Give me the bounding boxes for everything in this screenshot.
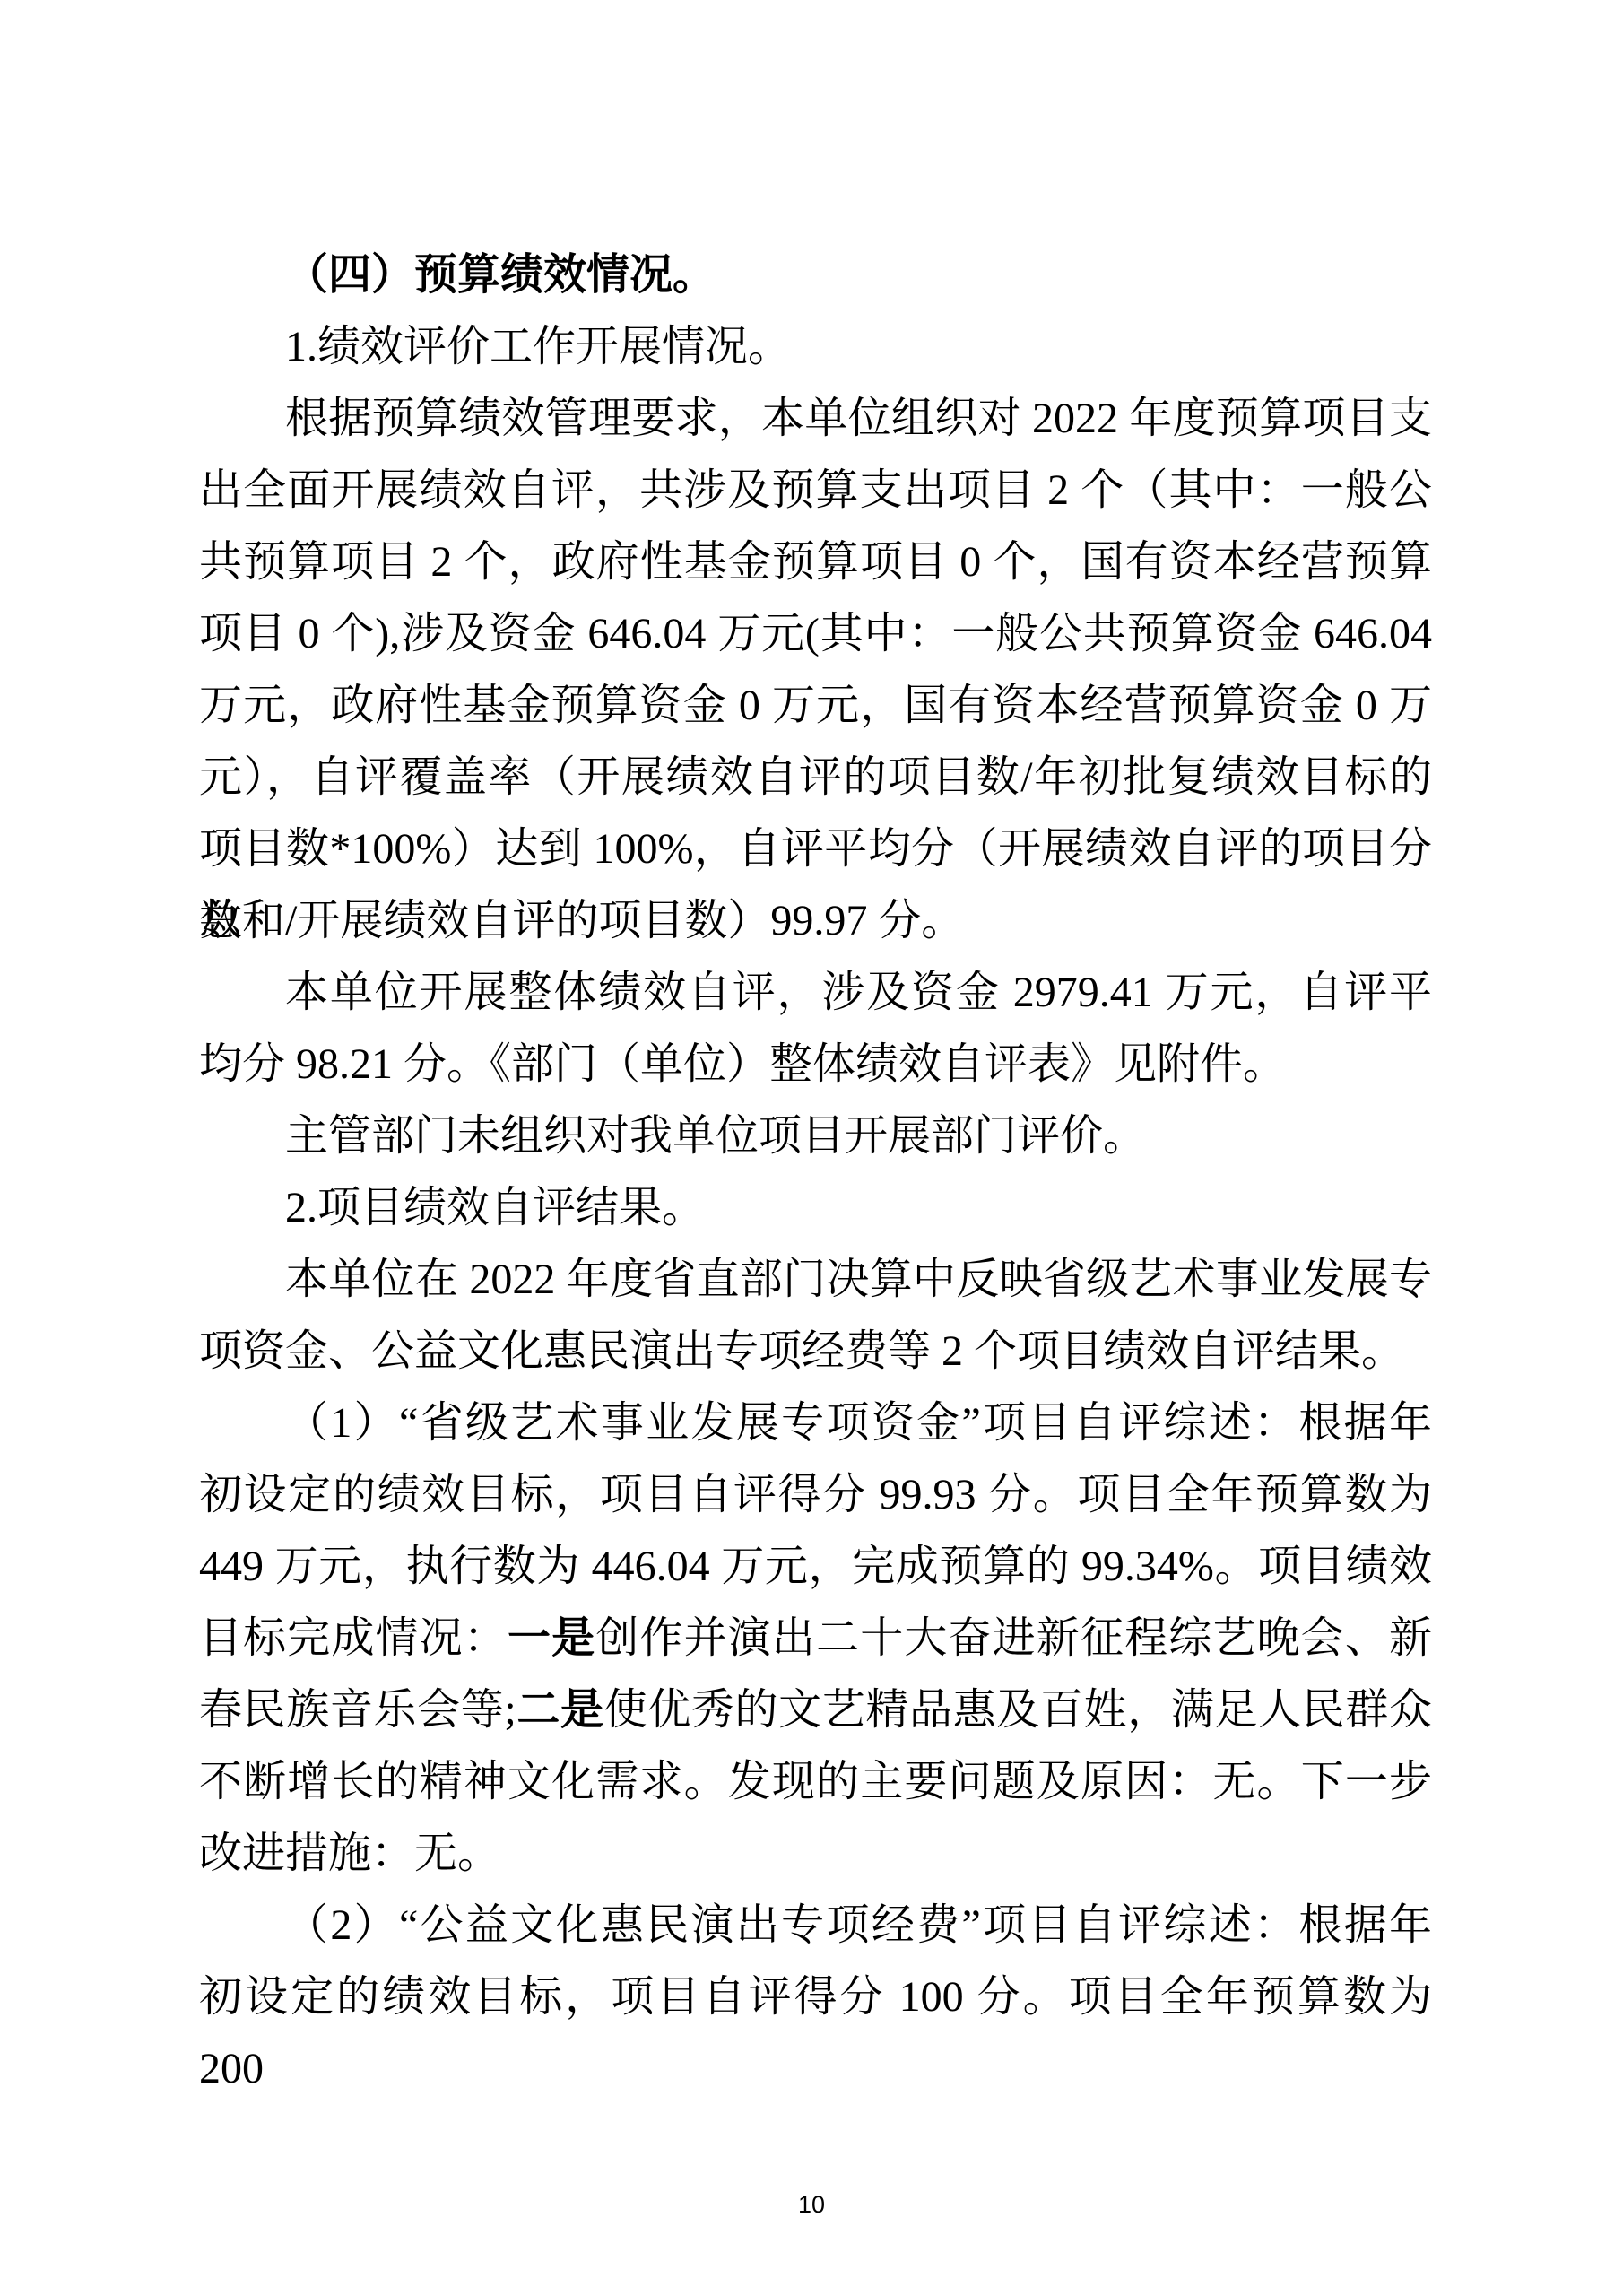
text-line: 出全面开展绩效自评，共涉及预算支出项目 2 个（其中：一般公: [199, 455, 1432, 526]
text-line: 1.绩效评价工作开展情况。: [199, 311, 1432, 383]
text-run: （1）“省级艺术事业发展专项资金”项目自评综述：根据年: [285, 1399, 1432, 1447]
text-line: 根据预算绩效管理要求，本单位组织对 2022 年度预算项目支: [199, 383, 1432, 455]
text-run: 使优秀的文艺精品惠及百姓，满足人民群众: [604, 1686, 1432, 1734]
document-page: （四）预算绩效情况。1.绩效评价工作开展情况。根据预算绩效管理要求，本单位组织对…: [0, 0, 1623, 2296]
text-run: 1.绩效评价工作开展情况。: [285, 323, 791, 370]
text-run: 均分 98.21 分。《部门（单位）整体绩效自评表》见附件。: [199, 1040, 1286, 1088]
text-run: 共预算项目 2 个，政府性基金预算项目 0 个，国有资本经营预算: [199, 538, 1432, 586]
text-run: 改进措施：无。: [199, 1830, 500, 1877]
text-run: 初设定的绩效目标，项目自评得分 99.93 分。项目全年预算数为: [199, 1471, 1432, 1518]
text-run: 元），自评覆盖率（开展绩效自评的项目数/年初批复绩效目标的: [199, 753, 1432, 801]
emphasized-text: （四）预算绩效情况。: [285, 251, 716, 299]
text-run: 出全面开展绩效自评，共涉及预算支出项目 2 个（其中：一般公: [199, 466, 1432, 514]
document-body: （四）预算绩效情况。1.绩效评价工作开展情况。根据预算绩效管理要求，本单位组织对…: [199, 239, 1432, 2033]
text-run: 目标完成情况：: [199, 1614, 508, 1662]
text-run: 449 万元，执行数为 446.04 万元，完成预算的 99.34%。项目绩效: [199, 1543, 1432, 1590]
text-run: 项资金、公益文化惠民演出专项经费等 2 个项目绩效自评结果。: [199, 1327, 1404, 1375]
text-line: 项目数*100%）达到 100%，自评平均分（开展绩效自评的项目分数: [199, 813, 1432, 885]
text-run: 春民族音乐会等;: [199, 1686, 516, 1734]
text-line: 主管部门未组织对我单位项目开展部门评价。: [199, 1100, 1432, 1172]
text-run: 根据预算绩效管理要求，本单位组织对 2022 年度预算项目支: [285, 395, 1432, 442]
text-run: 总和/开展绩效自评的项目数）99.97 分。: [199, 897, 964, 944]
text-line: 元），自评覆盖率（开展绩效自评的项目数/年初批复绩效目标的: [199, 742, 1432, 813]
text-run: （2）“公益文化惠民演出专项经费”项目自评综述：根据年: [285, 1901, 1432, 1949]
text-line: 总和/开展绩效自评的项目数）99.97 分。: [199, 885, 1432, 957]
text-line: 春民族音乐会等;二是使优秀的文艺精品惠及百姓，满足人民群众: [199, 1674, 1432, 1746]
text-run: 本单位在 2022 年度省直部门决算中反映省级艺术事业发展专: [285, 1256, 1432, 1303]
text-run: 2.项目绩效自评结果。: [285, 1184, 705, 1231]
text-line: 目标完成情况：一是创作并演出二十大奋进新征程综艺晚会、新: [199, 1603, 1432, 1674]
text-line: 初设定的绩效目标，项目自评得分 100 分。项目全年预算数为 200: [199, 1961, 1432, 2033]
text-line: 万元，政府性基金预算资金 0 万元，国有资本经营预算资金 0 万: [199, 670, 1432, 742]
text-line: 均分 98.21 分。《部门（单位）整体绩效自评表》见附件。: [199, 1029, 1432, 1100]
text-line: （四）预算绩效情况。: [199, 239, 1432, 311]
text-line: 2.项目绩效自评结果。: [199, 1172, 1432, 1244]
text-line: 项目 0 个),涉及资金 646.04 万元(其中：一般公共预算资金 646.0…: [199, 598, 1432, 670]
text-run: 项目 0 个),涉及资金 646.04 万元(其中：一般公共预算资金 646.0…: [199, 610, 1432, 657]
text-line: 本单位开展整体绩效自评，涉及资金 2979.41 万元，自评平: [199, 957, 1432, 1029]
text-line: 初设定的绩效目标，项目自评得分 99.93 分。项目全年预算数为: [199, 1459, 1432, 1531]
page-number: 10: [0, 2190, 1623, 2219]
text-line: 项资金、公益文化惠民演出专项经费等 2 个项目绩效自评结果。: [199, 1316, 1432, 1387]
emphasized-text: 二是: [516, 1686, 604, 1734]
text-line: （1）“省级艺术事业发展专项资金”项目自评综述：根据年: [199, 1387, 1432, 1459]
text-line: 449 万元，执行数为 446.04 万元，完成预算的 99.34%。项目绩效: [199, 1531, 1432, 1603]
text-run: 不断增长的精神文化需求。发现的主要问题及原因：无。下一步: [199, 1758, 1432, 1805]
text-line: 改进措施：无。: [199, 1818, 1432, 1890]
text-line: 本单位在 2022 年度省直部门决算中反映省级艺术事业发展专: [199, 1244, 1432, 1316]
text-run: 本单位开展整体绩效自评，涉及资金 2979.41 万元，自评平: [285, 969, 1432, 1016]
text-line: 不断增长的精神文化需求。发现的主要问题及原因：无。下一步: [199, 1746, 1432, 1818]
text-line: 共预算项目 2 个，政府性基金预算项目 0 个，国有资本经营预算: [199, 526, 1432, 598]
text-run: 初设定的绩效目标，项目自评得分 100 分。项目全年预算数为 200: [199, 1973, 1432, 2092]
emphasized-text: 一是: [508, 1614, 595, 1662]
text-run: 主管部门未组织对我单位项目开展部门评价。: [285, 1112, 1146, 1160]
text-run: 万元，政府性基金预算资金 0 万元，国有资本经营预算资金 0 万: [199, 682, 1432, 729]
text-line: （2）“公益文化惠民演出专项经费”项目自评综述：根据年: [199, 1890, 1432, 1961]
text-run: 创作并演出二十大奋进新征程综艺晚会、新: [595, 1614, 1432, 1662]
